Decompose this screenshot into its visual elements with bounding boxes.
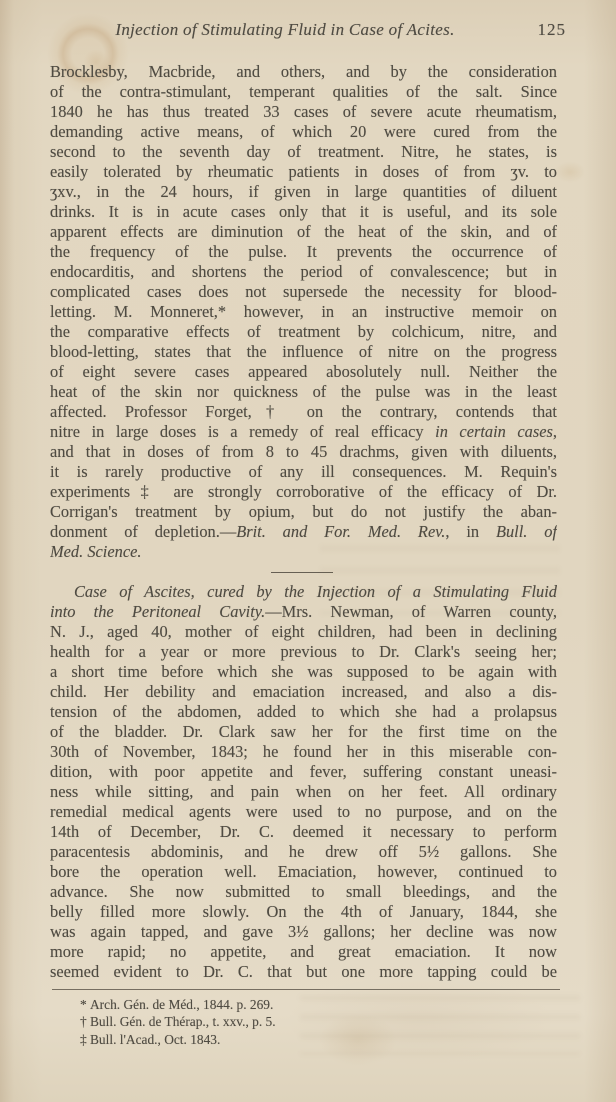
- body-text: health for a year or more previous to Dr…: [50, 642, 557, 661]
- body-text: it is rarely productive of any ill conse…: [50, 462, 557, 481]
- body-text: 30th of November, 1843; he found her in …: [50, 742, 557, 761]
- body-text: letting. M. Monneret,* however, in an in…: [50, 302, 557, 321]
- footnotes: * Arch. Gén. de Méd., 1844. p. 269.† Bul…: [50, 996, 557, 1048]
- text-line: donment of depletion.—Brit. and For. Med…: [50, 522, 557, 542]
- body-text: experiments‡ are strongly corroborative …: [50, 482, 557, 501]
- text-line: affected. Professor Forget,† on the cont…: [50, 402, 557, 422]
- text-line: second to the seventh day of treatment. …: [50, 142, 557, 162]
- body-text: easily tolerated by rheumatic patients i…: [50, 162, 557, 181]
- body-text: —Mrs. Newman, of Warren county,: [265, 602, 557, 621]
- text-line: and that in doses of from 8 to 45 drachm…: [50, 442, 557, 462]
- text-line: of the bladder. Dr. Clark saw her for th…: [50, 722, 557, 742]
- footnote: * Arch. Gén. de Méd., 1844. p. 269.: [50, 996, 557, 1013]
- text-line: 30th of November, 1843; he found her in …: [50, 742, 557, 762]
- body-text: the frequency of the pulse. It prevents …: [50, 242, 557, 261]
- italic-text: Brit. and For. Med. Rev.: [236, 522, 445, 541]
- body-text: of the bladder. Dr. Clark saw her for th…: [50, 722, 557, 741]
- text-line: ʒxv., in the 24 hours, if given in large…: [50, 182, 557, 202]
- text-line: paracentesis abdominis, and he drew off …: [50, 842, 557, 862]
- body-text: dition, with poor appetite and fever, su…: [50, 762, 557, 781]
- body-text: affected. Professor Forget,† on the cont…: [50, 402, 557, 421]
- text-line: easily tolerated by rheumatic patients i…: [50, 162, 557, 182]
- text-line: tension of the abdomen, added to which s…: [50, 702, 557, 722]
- body-text: more rapid; no appetite, and great emaci…: [50, 942, 557, 961]
- text-line: advance. She now submitted to small blee…: [50, 882, 557, 902]
- text-line: blood-letting, states that the influence…: [50, 342, 557, 362]
- body-text: demanding active means, of which 20 were…: [50, 122, 557, 141]
- body-text: a short time before which she was suppos…: [50, 662, 557, 681]
- text-line: Med. Science.: [50, 542, 557, 562]
- section-divider-rule: [271, 572, 333, 573]
- body-text: ʒxv., in the 24 hours, if given in large…: [50, 182, 557, 201]
- page-header: Injection of Stimulating Fluid in Case o…: [50, 20, 566, 40]
- body-text: ,: [553, 422, 557, 441]
- text-line: into the Peritoneal Cavity.—Mrs. Newman,…: [50, 602, 557, 622]
- body-text: child. Her debility and emaciation incre…: [50, 682, 557, 701]
- body-text: Corrigan's treatment by opium, but do no…: [50, 502, 557, 521]
- footnote-mark: *: [80, 996, 90, 1013]
- text-line: Brocklesby, Macbride, and others, and by…: [50, 62, 557, 82]
- text-line: of eight severe cases appeared abosolute…: [50, 362, 557, 382]
- body-text: ness while sitting, and pain when on her…: [50, 782, 557, 801]
- text-line: 14th of December, Dr. C. deemed it neces…: [50, 822, 557, 842]
- footnote-text: Bull. l'Acad., Oct. 1843.: [90, 1032, 220, 1047]
- text-line: it is rarely productive of any ill conse…: [50, 462, 557, 482]
- footnote: ‡ Bull. l'Acad., Oct. 1843.: [50, 1031, 557, 1048]
- body-text: nitre in large doses is a remedy of real…: [50, 422, 435, 441]
- body-text: N. J., aged 40, mother of eight children…: [50, 622, 557, 641]
- text-line: remedial medical agents were used to no …: [50, 802, 557, 822]
- text-line: Case of Ascites, cured by the Injection …: [50, 582, 557, 602]
- text-line: bore the operation well. Emaciation, how…: [50, 862, 557, 882]
- footnote-mark: †: [80, 1013, 90, 1030]
- scanned-book-page: { "header": { "running_title": "Injectio…: [0, 0, 616, 1102]
- body-text: tension of the abdomen, added to which s…: [50, 702, 557, 721]
- body-text: , in: [445, 522, 496, 541]
- italic-text: Case of Ascites, cured by the Injection …: [74, 582, 557, 601]
- text-line: health for a year or more previous to Dr…: [50, 642, 557, 662]
- text-line: demanding active means, of which 20 were…: [50, 122, 557, 142]
- text-line: the frequency of the pulse. It prevents …: [50, 242, 557, 262]
- text-line: 1840 he has thus treated 33 cases of sev…: [50, 102, 557, 122]
- italic-text: Med. Science.: [50, 542, 141, 561]
- body-text: belly filled more slowly. On the 4th of …: [50, 902, 557, 921]
- text-line: heat of the skin nor quickness of the pu…: [50, 382, 557, 402]
- text-line: letting. M. Monneret,* however, in an in…: [50, 302, 557, 322]
- text-line: N. J., aged 40, mother of eight children…: [50, 622, 557, 642]
- footnote-rule: [52, 989, 560, 990]
- body-text: apparent effects are diminution of the h…: [50, 222, 557, 241]
- body-text: 14th of December, Dr. C. deemed it neces…: [50, 822, 557, 841]
- body-text: 1840 he has thus treated 33 cases of sev…: [50, 102, 557, 121]
- body-text: of the contra-stimulant, temperant quali…: [50, 82, 557, 101]
- italic-text: into the Peritoneal Cavity.: [50, 602, 265, 621]
- text-line: belly filled more slowly. On the 4th of …: [50, 902, 557, 922]
- italic-text: Bull. of: [496, 522, 557, 541]
- body-text: and that in doses of from 8 to 45 drachm…: [50, 442, 557, 461]
- footnote-text: Arch. Gén. de Méd., 1844. p. 269.: [90, 997, 273, 1012]
- body-text: advance. She now submitted to small blee…: [50, 882, 557, 901]
- body-text: heat of the skin nor quickness of the pu…: [50, 382, 557, 401]
- body-text: blood-letting, states that the influence…: [50, 342, 557, 361]
- page-number: 125: [520, 20, 566, 40]
- body-text: seemed evident to Dr. C. that but one mo…: [50, 962, 557, 981]
- text-line: ness while sitting, and pain when on her…: [50, 782, 557, 802]
- body-text: was again tapped, and gave 3½ gallons; h…: [50, 922, 557, 941]
- text-line: nitre in large doses is a remedy of real…: [50, 422, 557, 442]
- body-text: Brocklesby, Macbride, and others, and by…: [50, 62, 557, 81]
- text-line: dition, with poor appetite and fever, su…: [50, 762, 557, 782]
- body-text: complicated cases does not supersede the…: [50, 282, 557, 301]
- text-line: the comparative effects of treatment by …: [50, 322, 557, 342]
- body-text: remedial medical agents were used to no …: [50, 802, 557, 821]
- body-text: endocarditis, and shortens the period of…: [50, 262, 557, 281]
- footnote-mark: ‡: [80, 1031, 90, 1048]
- text-line: child. Her debility and emaciation incre…: [50, 682, 557, 702]
- text-line: complicated cases does not supersede the…: [50, 282, 557, 302]
- text-line: of the contra-stimulant, temperant quali…: [50, 82, 557, 102]
- body-text: drinks. It is in acute cases only that i…: [50, 202, 557, 221]
- text-line: apparent effects are diminution of the h…: [50, 222, 557, 242]
- text-line: a short time before which she was suppos…: [50, 662, 557, 682]
- body-text: the comparative effects of treatment by …: [50, 322, 557, 341]
- text-line: more rapid; no appetite, and great emaci…: [50, 942, 557, 962]
- body-text: paracentesis abdominis, and he drew off …: [50, 842, 557, 861]
- running-title: Injection of Stimulating Fluid in Case o…: [50, 20, 520, 40]
- body-text: of eight severe cases appeared abosolute…: [50, 362, 557, 381]
- italic-text: in certain cases: [435, 422, 553, 441]
- text-line: seemed evident to Dr. C. that but one mo…: [50, 962, 557, 982]
- article-nitre-review: Brocklesby, Macbride, and others, and by…: [50, 62, 557, 562]
- article-ascites-case: Case of Ascites, cured by the Injection …: [50, 582, 557, 982]
- body-text: donment of depletion.—: [50, 522, 236, 541]
- body-text: bore the operation well. Emaciation, how…: [50, 862, 557, 881]
- footnote: † Bull. Gén. de Thérap., t. xxv., p. 5.: [50, 1013, 557, 1030]
- text-line: endocarditis, and shortens the period of…: [50, 262, 557, 282]
- text-line: drinks. It is in acute cases only that i…: [50, 202, 557, 222]
- text-line: Corrigan's treatment by opium, but do no…: [50, 502, 557, 522]
- footnote-text: Bull. Gén. de Thérap., t. xxv., p. 5.: [90, 1014, 276, 1029]
- body-text: second to the seventh day of treatment. …: [50, 142, 557, 161]
- text-line: experiments‡ are strongly corroborative …: [50, 482, 557, 502]
- text-line: was again tapped, and gave 3½ gallons; h…: [50, 922, 557, 942]
